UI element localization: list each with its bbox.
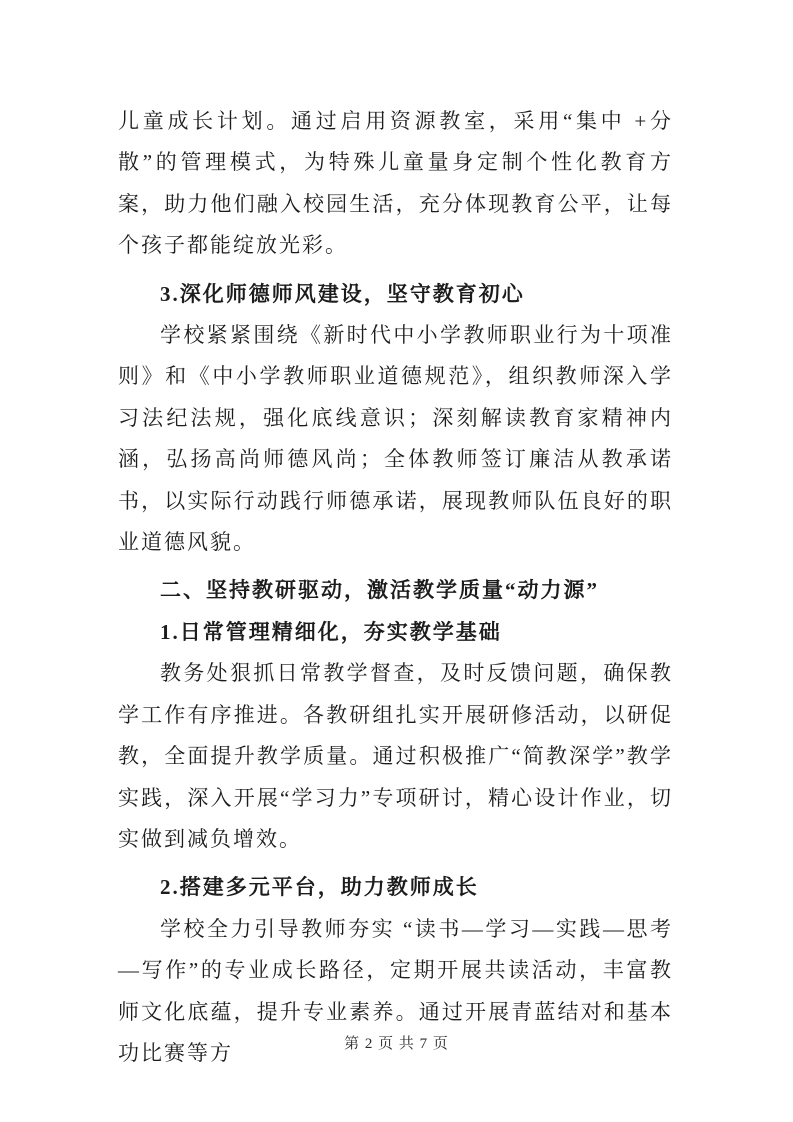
heading-section-2: 二、坚持教研驱动，激活教学质量“动力源” <box>118 570 673 611</box>
document-body: 儿童成长计划。通过启用资源教室，采用“集中 +分散”的管理模式，为特殊儿童量身定… <box>118 101 673 1074</box>
body-paragraph-continuation: 儿童成长计划。通过启用资源教室，采用“集中 +分散”的管理模式，为特殊儿童量身定… <box>118 101 673 267</box>
body-paragraph: 学校紧紧围绕《新时代中小学教师职业行为十项准则》和《中小学教师职业道德规范》，组… <box>118 315 673 563</box>
body-paragraph: 教务处狠抓日常教学督查，及时反馈问题，确保教学工作有序推进。各教研组扎实开展研修… <box>118 653 673 860</box>
heading-section-1-3: 3.深化师德师风建设，坚守教育初心 <box>118 274 673 315</box>
heading-section-2-1: 1.日常管理精细化，夯实教学基础 <box>118 612 673 653</box>
heading-section-2-2: 2.搭建多元平台，助力教师成长 <box>118 867 673 908</box>
document-page: 儿童成长计划。通过启用资源教室，采用“集中 +分散”的管理模式，为特殊儿童量身定… <box>0 0 793 1122</box>
page-number-footer: 第 2 页 共 7 页 <box>0 1031 793 1057</box>
